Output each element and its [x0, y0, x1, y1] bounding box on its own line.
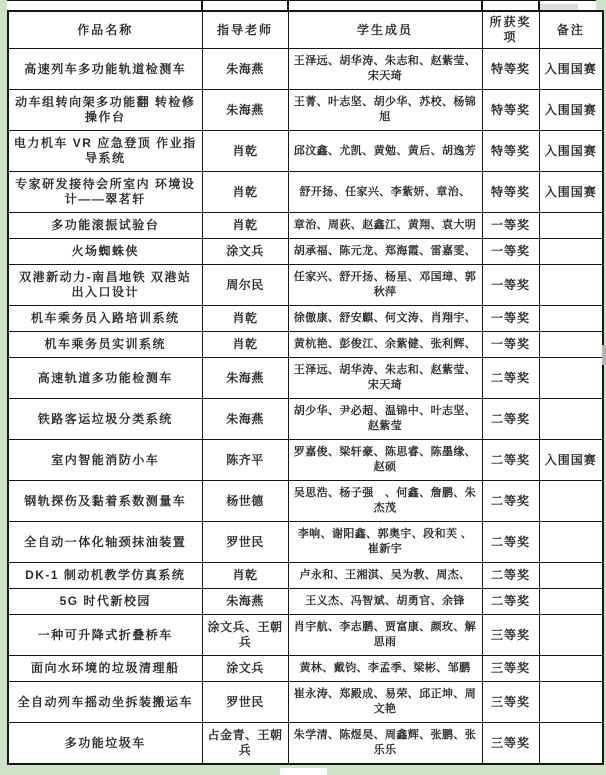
cell-note: [539, 656, 603, 682]
table-row: 5G 时代新校园朱海燕王义杰、冯智斌、胡勇官、余锋二等奖: [8, 589, 603, 615]
header-row: 作品名称 指导老师 学生成员 所获奖项 备注: [8, 11, 603, 49]
table-row: 专家研发接待会所室内 环境设计——翠茗轩肖乾舒开扬、任家兴、李紫妍、章治、特等奖…: [8, 172, 603, 213]
table-row: 电力机车 VR 应急登顶 作业指导系统肖乾邱汶鑫、尤凯、黄勉、黄后、胡逸芳特等奖…: [8, 131, 603, 172]
table-row: 钢轨探伤及黏着系数测量车杨世德吴思浩、杨子强 、何鑫、詹鹏、朱杰茂二等奖: [8, 481, 603, 522]
cell-work-name: 动车组转向架多功能翻 转检修操作台: [8, 90, 202, 131]
cell-students: 胡少华、尹必超、温锦中、叶志坚、赵紫莹: [288, 399, 482, 440]
cell-work-name: 专家研发接待会所室内 环境设计——翠茗轩: [8, 172, 202, 213]
cell-students: 朱学清、陈煜昊、周鑫辉、张鹏、张乐乐: [288, 723, 482, 765]
cell-award: 特等奖: [482, 131, 539, 172]
cell-teacher: 肖乾: [202, 172, 288, 213]
cell-work-name: 室内智能消防小车: [8, 440, 202, 481]
cell-teacher: 朱海燕: [202, 589, 288, 615]
cell-work-name: DK-1 制动机教学仿真系统: [8, 563, 202, 589]
cell-note: [539, 332, 603, 358]
cell-work-name: 面向水环境的垃圾清理船: [8, 656, 202, 682]
cell-teacher: 肖乾: [202, 332, 288, 358]
cell-students: 崔永涛、郑殿成、易荣、邱正坤、周文艳: [288, 682, 482, 723]
cell-award: 二等奖: [482, 358, 539, 399]
cell-students: 吴思浩、杨子强 、何鑫、詹鹏、朱杰茂: [288, 481, 482, 522]
cell-work-name: 多功能垃圾车: [8, 723, 202, 765]
column-header-students: 学生成员: [288, 11, 482, 49]
column-header-award: 所获奖项: [482, 11, 539, 49]
table-row: 全自动一体化轴颈抹油装置罗世民李响、谢阳鑫、郭奥宇、段和芙 、崔新宇二等奖: [8, 522, 603, 563]
cell-work-name: 全自动列车摇动坐拆装搬运车: [8, 682, 202, 723]
cell-note: 入围国赛: [539, 172, 603, 213]
cell-teacher: 朱海燕: [202, 49, 288, 90]
cell-teacher: 罗世民: [202, 522, 288, 563]
cell-students: 李响、谢阳鑫、郭奥宇、段和芙 、崔新宇: [288, 522, 482, 563]
column-header-teacher: 指导老师: [202, 11, 288, 49]
cell-award: 二等奖: [482, 440, 539, 481]
cell-teacher: 朱海燕: [202, 358, 288, 399]
cell-award: 特等奖: [482, 90, 539, 131]
cell-note: [539, 723, 603, 765]
cell-teacher: 涂文兵: [202, 239, 288, 265]
cell-teacher: 肖乾: [202, 213, 288, 239]
table-row: 多功能垃圾车占金青、王朝兵朱学清、陈煜昊、周鑫辉、张鹏、张乐乐三等奖: [8, 723, 603, 765]
cell-students: 王泽远、胡华涛、朱志和、赵紫莹、宋天琦: [288, 49, 482, 90]
table-row: DK-1 制动机教学仿真系统肖乾卢永和、王湘淇、吴为教、周杰、二等奖: [8, 563, 603, 589]
cell-work-name: 全自动一体化轴颈抹油装置: [8, 522, 202, 563]
cell-note: [539, 239, 603, 265]
cell-teacher: 朱海燕: [202, 399, 288, 440]
column-header-note: 备注: [539, 11, 603, 49]
table-body: 高速列车多功能轨道检测车朱海燕王泽远、胡华涛、朱志和、赵紫莹、宋天琦特等奖入围国…: [8, 49, 603, 765]
column-header-work-name: 作品名称: [8, 11, 202, 49]
cell-students: 王菁、叶志坚、胡少华、苏校、杨锦旭: [288, 90, 482, 131]
cell-award: 三等奖: [482, 615, 539, 656]
table-row: 室内智能消防小车陈齐平罗嘉俊、梁轩豪、陈思睿、陈墨缘、赵硕二等奖入围国赛: [8, 440, 603, 481]
cell-teacher: 周尔民: [202, 265, 288, 306]
cell-students: 肖宇航、李志鹏、贾富康、颜玫、解思雨: [288, 615, 482, 656]
cell-note: [539, 213, 603, 239]
table-row: 面向水环境的垃圾清理船涂文兵黄林、戴钧、李孟季、梁彬、邹鹏三等奖: [8, 656, 603, 682]
cell-award: 二等奖: [482, 563, 539, 589]
scrollbar-fragment: [602, 345, 606, 365]
cell-note: 入围国赛: [539, 131, 603, 172]
cell-note: [539, 682, 603, 723]
table-row: 火场蜘蛛侠涂文兵胡承福、陈元龙、郑海霞、雷嘉雯、一等奖: [8, 239, 603, 265]
table-row: 双港新动力-南昌地铁 双港站出入口设计周尔民任家兴、舒开扬、杨星、邓国璋、郭秋萍…: [8, 265, 603, 306]
cell-work-name: 铁路客运垃圾分类系统: [8, 399, 202, 440]
cell-award: 特等奖: [482, 172, 539, 213]
cell-work-name: 钢轨探伤及黏着系数测量车: [8, 481, 202, 522]
cell-award: 一等奖: [482, 213, 539, 239]
cell-work-name: 机车乘务员入路培训系统: [8, 306, 202, 332]
table-row: 一种可升降式折叠桥车涂文兵、王朝兵肖宇航、李志鹏、贾富康、颜玫、解思雨三等奖: [8, 615, 603, 656]
table-row: 机车乘务员入路培训系统肖乾徐傲康、舒安麒、何文涛、肖翔宇、一等奖: [8, 306, 603, 332]
cell-teacher: 杨世德: [202, 481, 288, 522]
cell-work-name: 多功能滚振试验台: [8, 213, 202, 239]
cell-note: 入围国赛: [539, 49, 603, 90]
cell-students: 黄杭艳、彭俊江、余紫健、张利辉、: [288, 332, 482, 358]
cell-students: 罗嘉俊、梁轩豪、陈思睿、陈墨缘、赵硕: [288, 440, 482, 481]
table-row: 机车乘务员实训系统肖乾黄杭艳、彭俊江、余紫健、张利辉、一等奖: [8, 332, 603, 358]
cell-award: 一等奖: [482, 332, 539, 358]
cell-note: 入围国赛: [539, 90, 603, 131]
table-row: 多功能滚振试验台肖乾章治、周荻、赵鑫江、黄翔、袁大明一等奖: [8, 213, 603, 239]
cell-students: 舒开扬、任家兴、李紫妍、章治、: [288, 172, 482, 213]
cell-work-name: 高速轨道多功能检测车: [8, 358, 202, 399]
cell-note: [539, 358, 603, 399]
cell-award: 一等奖: [482, 306, 539, 332]
cell-award: 特等奖: [482, 49, 539, 90]
table-row: 动车组转向架多功能翻 转检修操作台朱海燕王菁、叶志坚、胡少华、苏校、杨锦旭特等奖…: [8, 90, 603, 131]
cell-work-name: 机车乘务员实训系统: [8, 332, 202, 358]
cell-award: 三等奖: [482, 682, 539, 723]
cell-award: 一等奖: [482, 239, 539, 265]
cell-students: 任家兴、舒开扬、杨星、邓国璋、郭秋萍: [288, 265, 482, 306]
cell-note: [539, 563, 603, 589]
cell-work-name: 双港新动力-南昌地铁 双港站出入口设计: [8, 265, 202, 306]
cell-note: [539, 306, 603, 332]
cell-work-name: 火场蜘蛛侠: [8, 239, 202, 265]
table-row: 铁路客运垃圾分类系统朱海燕胡少华、尹必超、温锦中、叶志坚、赵紫莹二等奖: [8, 399, 603, 440]
cell-students: 章治、周荻、赵鑫江、黄翔、袁大明: [288, 213, 482, 239]
cell-award: 二等奖: [482, 399, 539, 440]
cell-students: 徐傲康、舒安麒、何文涛、肖翔宇、: [288, 306, 482, 332]
cell-award: 二等奖: [482, 589, 539, 615]
cell-students: 邱汶鑫、尤凯、黄勉、黄后、胡逸芳: [288, 131, 482, 172]
cell-award: 三等奖: [482, 656, 539, 682]
awards-table: 作品名称 指导老师 学生成员 所获奖项 备注 高速列车多功能轨道检测车朱海燕王泽…: [7, 10, 604, 765]
table-row: 高速轨道多功能检测车朱海燕王泽远、胡华涛、朱志和、赵紫莹、宋天琦二等奖: [8, 358, 603, 399]
cell-teacher: 肖乾: [202, 306, 288, 332]
cell-teacher: 陈齐平: [202, 440, 288, 481]
cell-note: [539, 522, 603, 563]
cell-note: [539, 265, 603, 306]
cell-note: [539, 399, 603, 440]
cell-award: 二等奖: [482, 481, 539, 522]
cell-teacher: 罗世民: [202, 682, 288, 723]
cell-note: 入围国赛: [539, 440, 603, 481]
cell-teacher: 肖乾: [202, 563, 288, 589]
cell-students: 黄林、戴钧、李孟季、梁彬、邹鹏: [288, 656, 482, 682]
cell-award: 二等奖: [482, 522, 539, 563]
cell-students: 卢永和、王湘淇、吴为教、周杰、: [288, 563, 482, 589]
page-artifact-box: [280, 768, 327, 775]
cell-note: [539, 615, 603, 656]
table-row: 全自动列车摇动坐拆装搬运车罗世民崔永涛、郑殿成、易荣、邱正坤、周文艳三等奖: [8, 682, 603, 723]
cell-award: 一等奖: [482, 265, 539, 306]
cell-teacher: 朱海燕: [202, 90, 288, 131]
cell-award: 三等奖: [482, 723, 539, 765]
cell-work-name: 5G 时代新校园: [8, 589, 202, 615]
cropped-row-remnant: [7, 0, 596, 10]
cell-work-name: 一种可升降式折叠桥车: [8, 615, 202, 656]
cell-students: 王义杰、冯智斌、胡勇官、余锋: [288, 589, 482, 615]
cell-teacher: 涂文兵: [202, 656, 288, 682]
table-row: 高速列车多功能轨道检测车朱海燕王泽远、胡华涛、朱志和、赵紫莹、宋天琦特等奖入围国…: [8, 49, 603, 90]
cell-teacher: 占金青、王朝兵: [202, 723, 288, 765]
cell-students: 胡承福、陈元龙、郑海霞、雷嘉雯、: [288, 239, 482, 265]
cell-note: [539, 589, 603, 615]
cell-teacher: 涂文兵、王朝兵: [202, 615, 288, 656]
cell-students: 王泽远、胡华涛、朱志和、赵紫莹、宋天琦: [288, 358, 482, 399]
cell-teacher: 肖乾: [202, 131, 288, 172]
cell-note: [539, 481, 603, 522]
cell-work-name: 电力机车 VR 应急登顶 作业指导系统: [8, 131, 202, 172]
cell-work-name: 高速列车多功能轨道检测车: [8, 49, 202, 90]
